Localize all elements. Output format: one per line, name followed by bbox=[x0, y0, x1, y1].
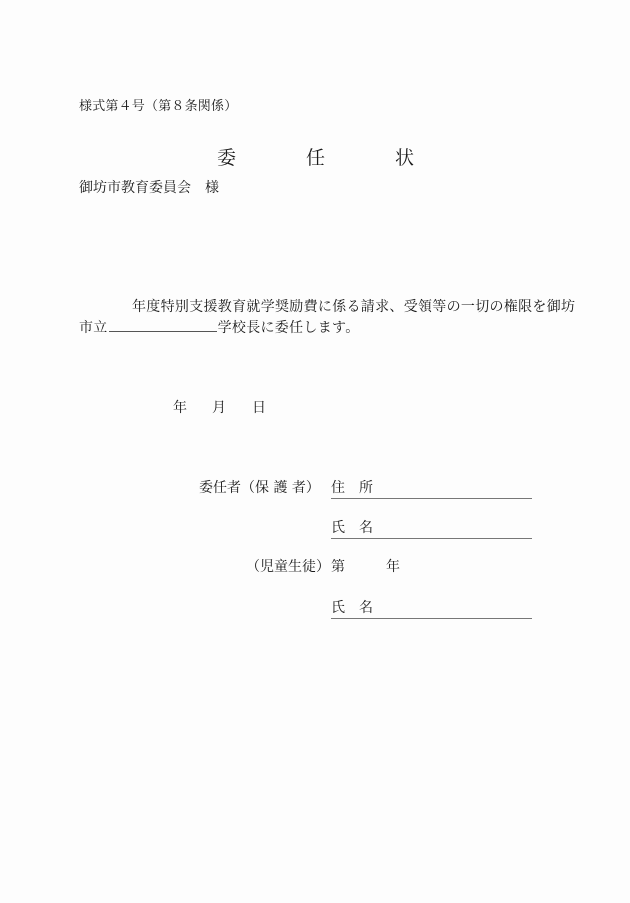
school-name-blank[interactable] bbox=[109, 319, 217, 332]
grade-suffix: 年 bbox=[386, 556, 400, 576]
grade-prefix: 第 bbox=[331, 556, 345, 576]
date-day-label: 日 bbox=[252, 397, 266, 417]
grantor-name-label: 氏 名 bbox=[331, 520, 373, 536]
body-line2-suffix: 学校長に委任します。 bbox=[218, 320, 360, 336]
body-text-line2: 市立学校長に委任します。 bbox=[79, 317, 360, 337]
address-label: 住 所 bbox=[331, 480, 373, 496]
grantor-name-field[interactable]: 氏 名 bbox=[331, 517, 532, 539]
date-month-label: 月 bbox=[212, 397, 226, 417]
grantor-label: 委任者（保 護 者） bbox=[199, 477, 320, 497]
student-label: （児童生徒） bbox=[246, 556, 330, 576]
student-name-field[interactable]: 氏 名 bbox=[331, 597, 532, 619]
grantor-address-field[interactable]: 住 所 bbox=[331, 477, 532, 499]
title-char-2: 任 bbox=[306, 143, 325, 170]
title-char-3: 状 bbox=[395, 143, 414, 170]
body-line2-prefix: 市立 bbox=[79, 320, 108, 336]
addressee: 御坊市教育委員会 様 bbox=[79, 177, 219, 197]
body-text-line1: 年度特別支援教育就学奨励費に係る請求、受領等の一切の権限を御坊 bbox=[132, 296, 575, 316]
date-year-label: 年 bbox=[173, 397, 187, 417]
form-number: 様式第４号（第８条関係） bbox=[79, 95, 237, 114]
title-char-1: 委 bbox=[217, 143, 236, 170]
student-name-label: 氏 名 bbox=[331, 600, 373, 616]
